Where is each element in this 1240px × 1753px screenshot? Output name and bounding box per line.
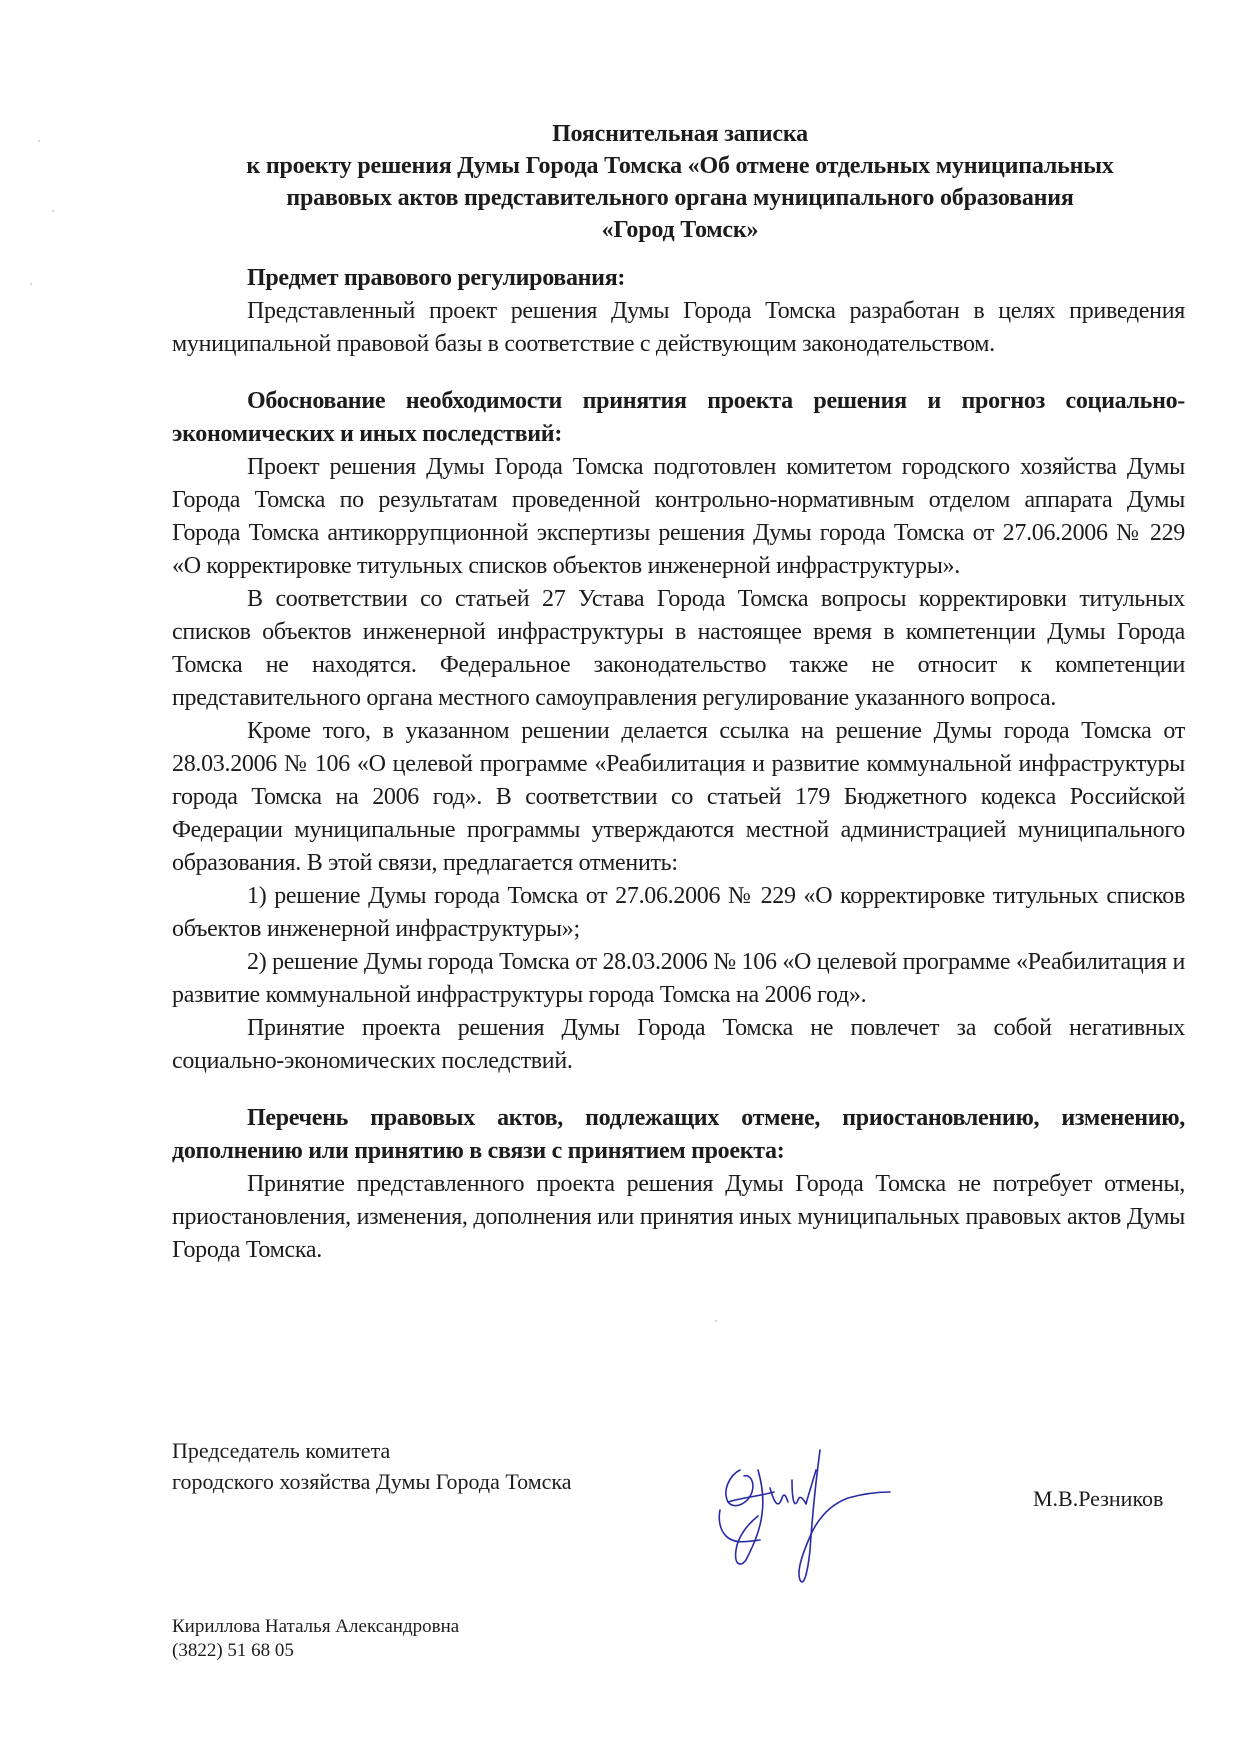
document-page: Пояснительная записка к проекту решения … [0,0,1240,1753]
document-body: Предмет правового регулирования: Предста… [172,262,1185,1267]
scan-speck [38,140,40,142]
position-line-2: городского хозяйства Думы Города Томска [172,1466,572,1497]
list-item: 2) решение Думы города Томска от 28.03.2… [172,946,1185,1012]
paragraph: Принятие представленного проекта решения… [172,1168,1185,1267]
title-line-3: правовых актов представительного органа … [200,182,1160,214]
section-heading-acts-list: Перечень правовых актов, подлежащих отме… [172,1102,1185,1168]
position-line-1: Председатель комитета [172,1435,572,1466]
document-title: Пояснительная записка к проекту решения … [200,118,1160,246]
title-line-2: к проекту решения Думы Города Томска «Об… [200,150,1160,182]
paragraph: Проект решения Думы Города Томска подгот… [172,451,1185,583]
paragraph: Принятие проекта решения Думы Города Том… [172,1012,1185,1078]
executor-name: Кириллова Наталья Александровна [172,1615,459,1639]
section-spacer [172,1078,1185,1102]
title-line-1: Пояснительная записка [200,118,1160,150]
executor-phone: (3822) 51 68 05 [172,1639,459,1663]
list-item: 1) решение Думы города Томска от 27.06.2… [172,880,1185,946]
section-spacer [172,361,1185,385]
scan-speck [30,283,32,285]
section-heading-subject: Предмет правового регулирования: [172,262,1185,295]
handwritten-signature-icon [700,1440,930,1590]
signatory-position: Председатель комитета городского хозяйст… [172,1435,572,1497]
scan-speck [715,1320,717,1322]
paragraph: В соответствии со статьей 27 Устава Горо… [172,583,1185,715]
section-heading-justification: Обоснование необходимости принятия проек… [172,385,1185,451]
signatory-name: М.В.Резников [1033,1483,1163,1514]
title-line-4: «Город Томск» [200,214,1160,246]
scan-speck [52,210,54,212]
paragraph: Представленный проект решения Думы Город… [172,295,1185,361]
paragraph: Кроме того, в указанном решении делается… [172,715,1185,880]
executor-contact: Кириллова Наталья Александровна (3822) 5… [172,1615,459,1663]
